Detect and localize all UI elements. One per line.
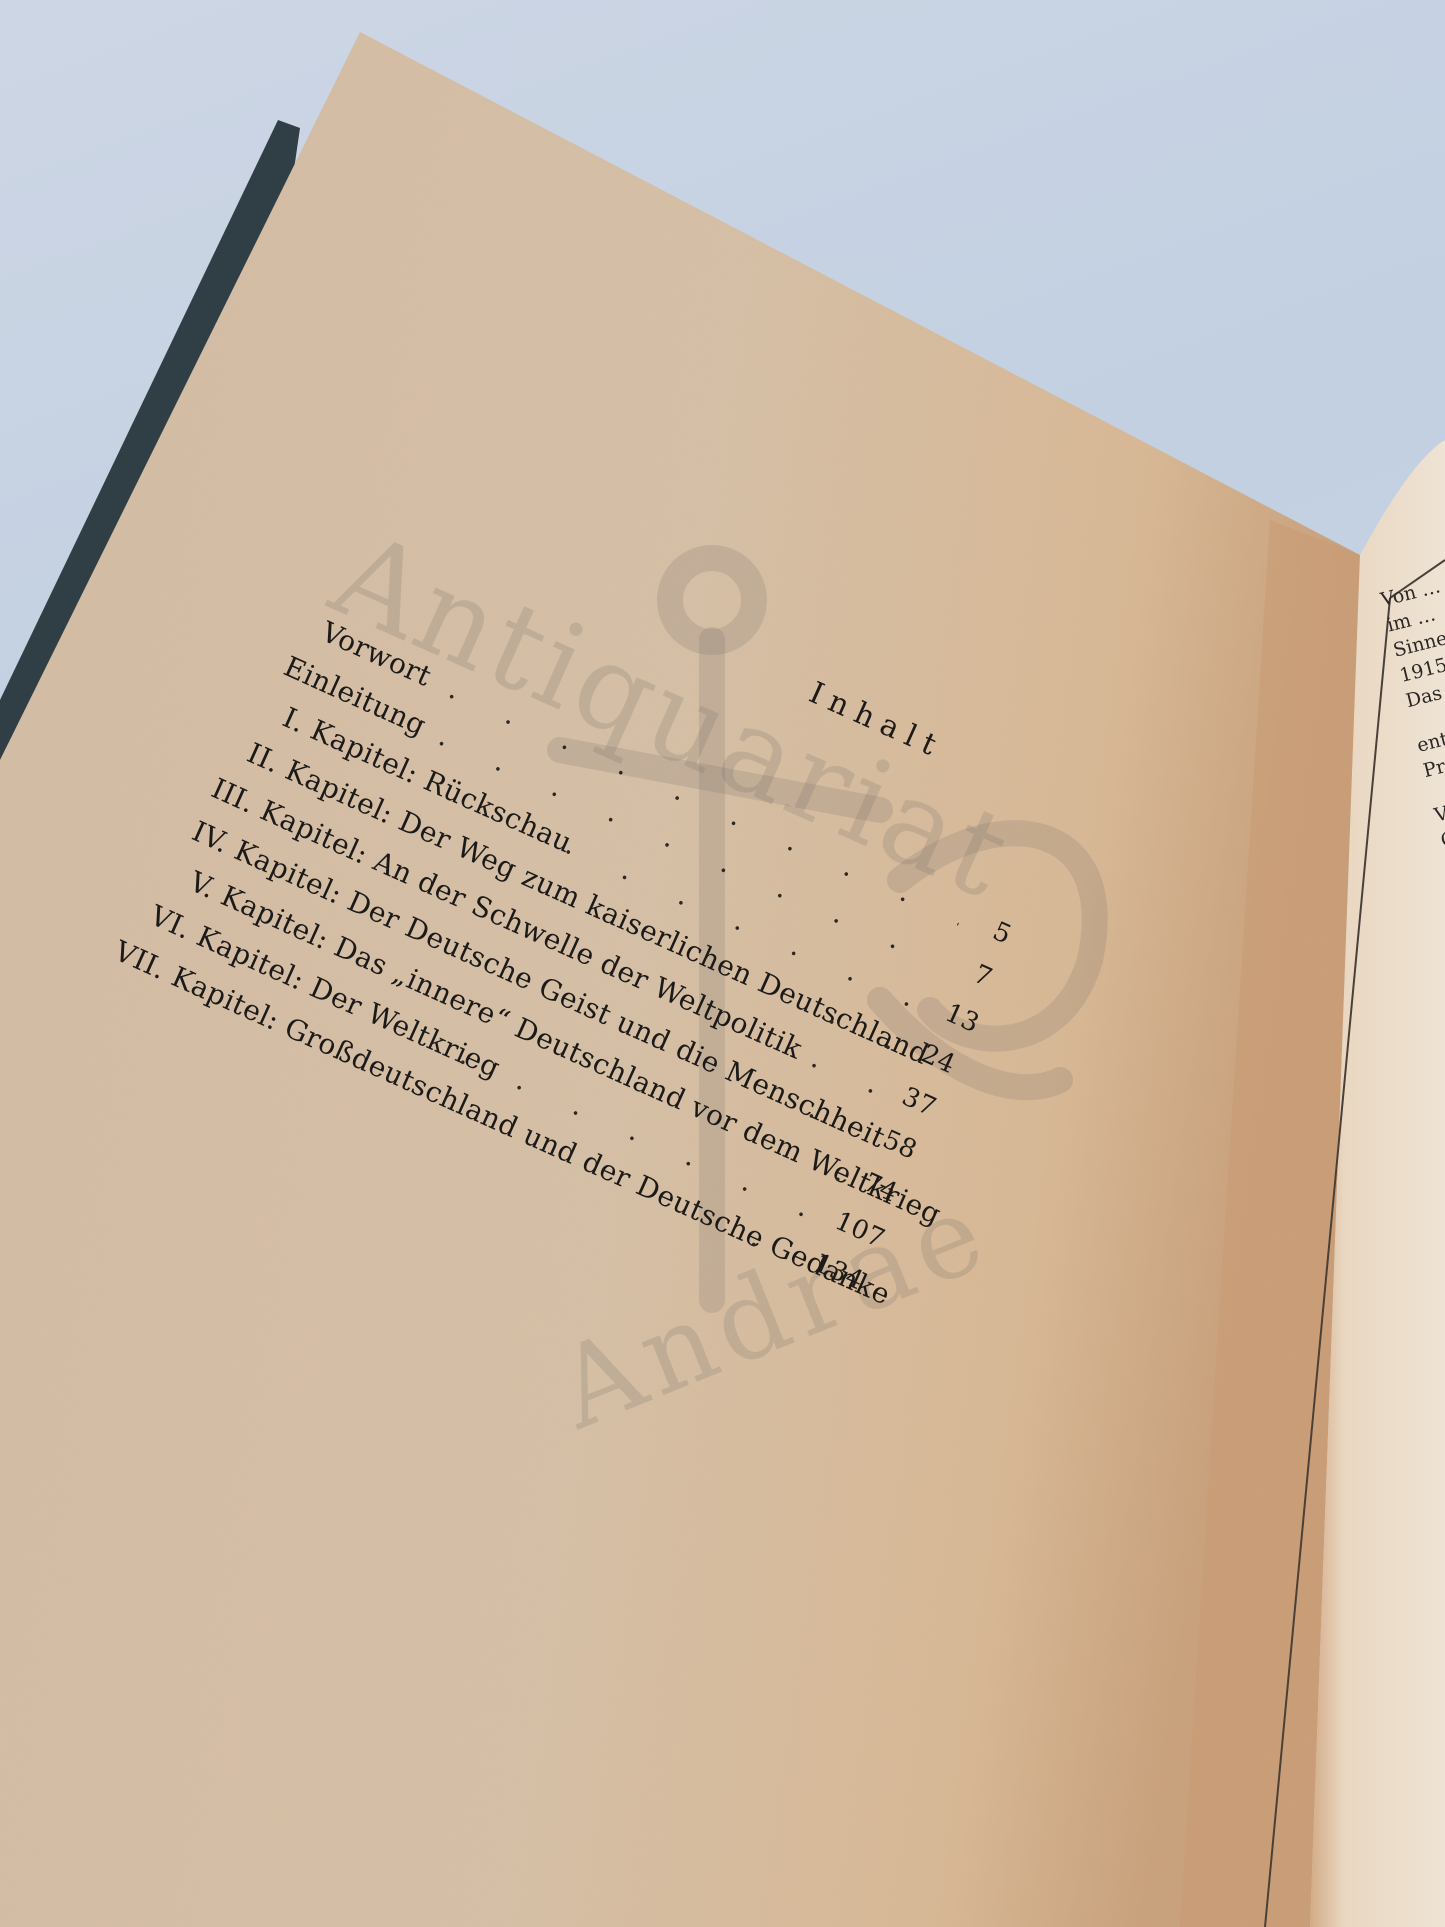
book-photo: Antiquariat Andrae Inhalt Vorwort . . . … (0, 0, 1445, 1927)
